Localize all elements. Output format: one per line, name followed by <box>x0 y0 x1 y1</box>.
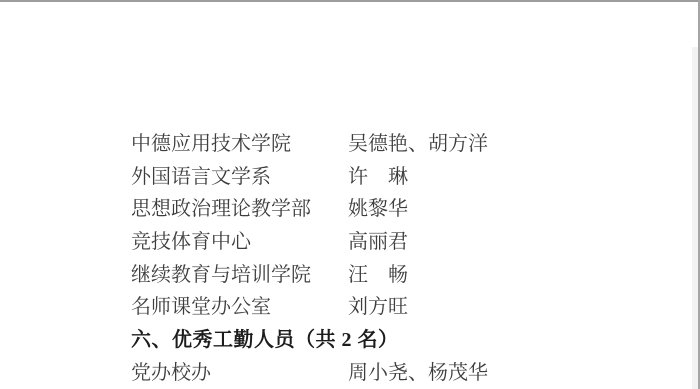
department-name: 名师课堂办公室 <box>131 291 348 324</box>
department-name: 外国语言文学系 <box>131 161 348 194</box>
recipient-names: 汪 畅 <box>348 259 671 292</box>
section-heading: 六、优秀工勤人员（共 2 名） <box>131 324 671 357</box>
award-row: 党办校办 周小尧、杨茂华 <box>131 357 671 389</box>
department-name: 继续教育与培训学院 <box>131 259 348 292</box>
department-name: 思想政治理论教学部 <box>131 193 348 226</box>
department-name: 中德应用技术学院 <box>131 128 348 161</box>
recipient-names: 姚黎华 <box>348 193 671 226</box>
department-name: 党办校办 <box>131 357 348 389</box>
award-row: 中德应用技术学院 吴德艳、胡方洋 <box>131 128 671 161</box>
recipient-names: 刘方旺 <box>348 291 671 324</box>
recipient-names: 吴德艳、胡方洋 <box>348 128 671 161</box>
award-row: 思想政治理论教学部 姚黎华 <box>131 193 671 226</box>
page-edge-shadow <box>692 47 698 389</box>
award-row: 继续教育与培训学院 汪 畅 <box>131 259 671 292</box>
recipient-names: 许 琳 <box>348 161 671 194</box>
award-row: 竞技体育中心 高丽君 <box>131 226 671 259</box>
document-content: 中德应用技术学院 吴德艳、胡方洋 外国语言文学系 许 琳 思想政治理论教学部 姚… <box>131 128 671 389</box>
award-row: 名师课堂办公室 刘方旺 <box>131 291 671 324</box>
award-row: 外国语言文学系 许 琳 <box>131 161 671 194</box>
recipient-names: 周小尧、杨茂华 <box>348 357 671 389</box>
document-page: 中德应用技术学院 吴德艳、胡方洋 外国语言文学系 许 琳 思想政治理论教学部 姚… <box>0 0 700 389</box>
top-edge-line <box>0 0 700 2</box>
recipient-names: 高丽君 <box>348 226 671 259</box>
department-name: 竞技体育中心 <box>131 226 348 259</box>
